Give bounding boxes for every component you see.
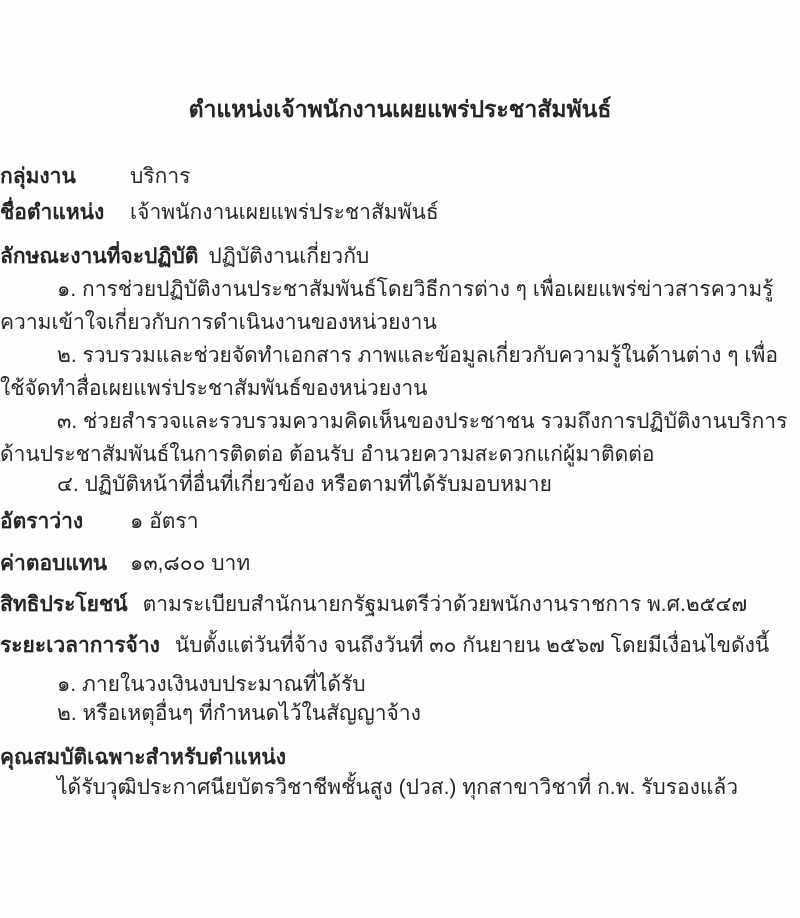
- field-row-position-name: ชื่อตำแหน่ง เจ้าพนักงานเผยแพร่ประชาสัมพั…: [0, 196, 800, 229]
- duties-heading-line: ลักษณะงานที่จะปฏิบัติปฏิบัติงานเกี่ยวกับ: [0, 240, 800, 273]
- work-group-label: กลุ่มงาน: [0, 160, 130, 193]
- duty-item-3: ๓. ช่วยสำรวจและรวบรวมความคิดเห็นของประชา…: [0, 405, 800, 471]
- position-name-label: ชื่อตำแหน่ง: [0, 196, 130, 229]
- document-page: ตำแหน่งเจ้าพนักงานเผยแพร่ประชาสัมพันธ์ ก…: [0, 0, 800, 918]
- duty-item-4: ๔. ปฏิบัติหน้าที่อื่นที่เกี่ยวข้อง หรือต…: [0, 468, 800, 501]
- duties-heading: ลักษณะงานที่จะปฏิบัติ: [0, 245, 198, 268]
- employment-period-line: ระยะเวลาการจ้างนับตั้งแต่วันที่จ้าง จนถึ…: [0, 629, 800, 662]
- qualifications-text: ได้รับวุฒิประกาศนียบัตรวิชาชีพชั้นสูง (ป…: [0, 771, 800, 804]
- field-row-vacancy: อัตราว่าง ๑ อัตรา: [0, 505, 800, 538]
- work-group-value: บริการ: [130, 160, 800, 193]
- field-row-salary: ค่าตอบแทน ๑๓,๘๐๐ บาท: [0, 547, 800, 580]
- employment-condition-2: ๒. หรือเหตุอื่นๆ ที่กำหนดไว้ในสัญญาจ้าง: [0, 697, 800, 730]
- vacancy-label: อัตราว่าง: [0, 505, 130, 538]
- document-title: ตำแหน่งเจ้าพนักงานเผยแพร่ประชาสัมพันธ์: [0, 93, 800, 126]
- benefits-line: สิทธิประโยชน์ตามระเบียบสำนักนายกรัฐมนตรี…: [0, 588, 800, 621]
- field-row-work-group: กลุ่มงาน บริการ: [0, 160, 800, 193]
- salary-label: ค่าตอบแทน: [0, 547, 130, 580]
- duties-heading-suffix: ปฏิบัติงานเกี่ยวกับ: [208, 245, 369, 268]
- employment-period-text: นับตั้งแต่วันที่จ้าง จนถึงวันที่ ๓๐ กันย…: [175, 634, 769, 657]
- duty-item-1: ๑. การช่วยปฏิบัติงานประชาสัมพันธ์โดยวิธี…: [0, 273, 800, 339]
- vacancy-value: ๑ อัตรา: [130, 505, 800, 538]
- duty-item-2: ๒. รวบรวมและช่วยจัดทำเอกสาร ภาพและข้อมูล…: [0, 339, 800, 405]
- salary-value: ๑๓,๘๐๐ บาท: [130, 547, 800, 580]
- position-name-value: เจ้าพนักงานเผยแพร่ประชาสัมพันธ์: [130, 196, 800, 229]
- benefits-text: ตามระเบียบสำนักนายกรัฐมนตรีว่าด้วยพนักงา…: [143, 593, 748, 616]
- qualifications-heading: คุณสมบัติเฉพาะสำหรับตำแหน่ง: [0, 741, 800, 774]
- employment-period-label: ระยะเวลาการจ้าง: [0, 634, 160, 657]
- benefits-label: สิทธิประโยชน์: [0, 593, 128, 616]
